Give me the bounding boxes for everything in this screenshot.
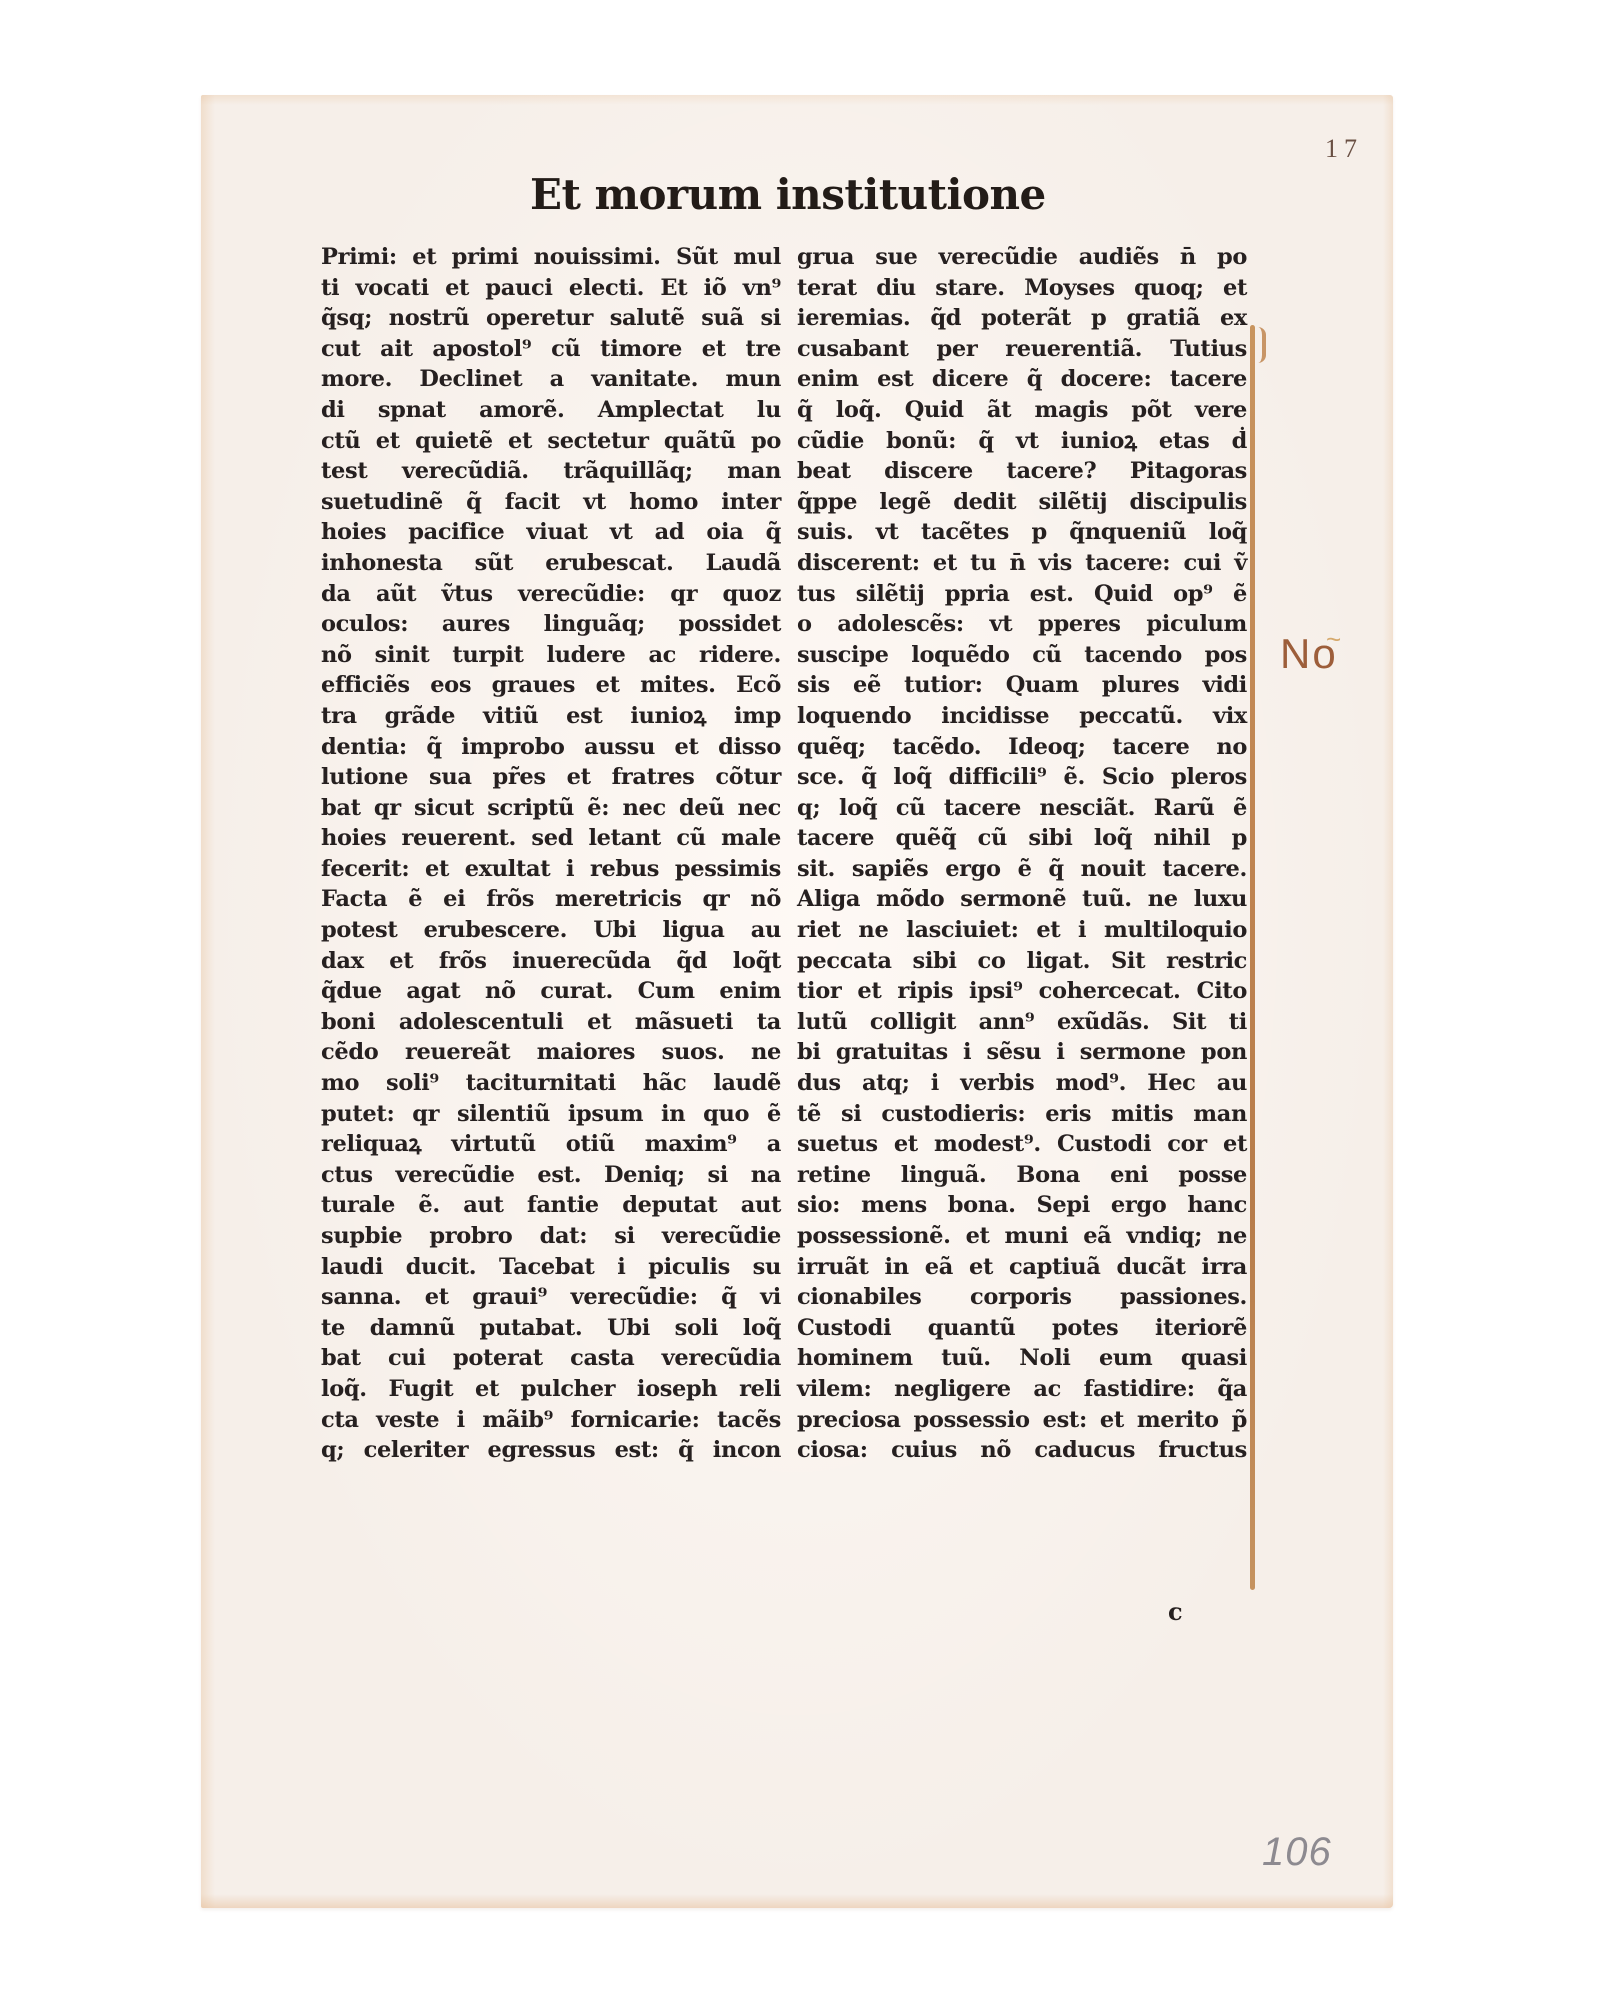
text-line: da aũt ṽtus verecũdie: qr quoz [321, 579, 781, 610]
pencil-folio-number: 106 [1262, 1830, 1332, 1875]
text-line: cta veste i mãib⁹ fornicarie: tacẽs [321, 1405, 781, 1436]
text-line: ciosa: cuius nõ caducus fructus [797, 1435, 1247, 1466]
text-line: tra grãde vitiũ est iunioꝝ imp [321, 701, 781, 732]
text-line: beat discere tacere? Pitagoras [797, 456, 1247, 487]
text-line: ieremias. q̃d poterãt p gratiã ex [797, 303, 1247, 334]
text-line: dax et frõs inuerecũda q̃d loq̃t [321, 946, 781, 977]
text-line: q̃due agat nõ curat. Cum enim [321, 976, 781, 1007]
text-line: possessionẽ. et muni eã vndiq; ne [797, 1221, 1247, 1252]
text-line: q; loq̃ cũ tacere nesciãt. Rarũ ẽ [797, 793, 1247, 824]
text-line: quẽq; tacẽdo. Ideoq; tacere no [797, 732, 1247, 763]
abbreviation-mark: ~ [1326, 624, 1343, 655]
text-line: dentia: q̃ improbo aussu et disso [321, 732, 781, 763]
text-line: q; celeriter egressus est: q̃ incon [321, 1435, 781, 1466]
text-line: tẽ si custodieris: eris mitis man [797, 1099, 1247, 1130]
ink-folio-number: 17 [1325, 134, 1363, 164]
text-line: potest erubescere. Ubi ligua au [321, 915, 781, 946]
text-line: grua sue verecũdie audiẽs n̄ po [797, 242, 1247, 273]
text-line: loquendo incidisse peccatũ. vix [797, 701, 1247, 732]
text-line: q̃ loq̃. Quid ãt magis põt vere [797, 395, 1247, 426]
text-line: inhonesta sũt erubescat. Laudã [321, 548, 781, 579]
text-line: laudi ducit. Tacebat i piculis su [321, 1252, 781, 1283]
text-column-left: Primi: et primi nouissimi. Sũt mul ti vo… [321, 242, 781, 1466]
text-line: Custodi quantũ potes iteriorẽ [797, 1313, 1247, 1344]
text-line: Facta ẽ ei frõs meretricis qr nõ [321, 884, 781, 915]
text-line: te damnũ putabat. Ubi soli loq̃ [321, 1313, 781, 1344]
text-line: cũdie bonũ: q̃ vt iunioꝝ etas ḋ [797, 426, 1247, 457]
text-line: sit. sapiẽs ergo ẽ q̃ nouit tacere. [797, 854, 1247, 885]
text-line: discerent: et tu n̄ vis tacere: cui ṽ [797, 548, 1247, 579]
text-line: sce. q̃ loq̃ difficili⁹ ẽ. Scio pleros [797, 762, 1247, 793]
text-line: oculos: aures linguãq; possidet [321, 609, 781, 640]
text-line: suscipe loquẽdo cũ tacendo pos [797, 640, 1247, 671]
text-line: efficiẽs eos graues et mites. Ecõ [321, 670, 781, 701]
text-line: irruãt in eã et captiuã ducãt irra [797, 1252, 1247, 1283]
text-line: sio: mens bona. Sepi ergo hanc [797, 1190, 1247, 1221]
text-line: nõ sinit turpit ludere ac ridere. [321, 640, 781, 671]
text-line: bat qr sicut scriptũ ẽ: nec deũ nec [321, 793, 781, 824]
text-line: dus atq; i verbis mod⁹. Hec au [797, 1068, 1247, 1099]
text-line: retine linguã. Bona eni posse [797, 1160, 1247, 1191]
text-line: preciosa possessio est: et merito p̃ [797, 1405, 1247, 1436]
text-line: supbie probro dat: si verecũdie [321, 1221, 781, 1252]
text-line: terat diu stare. Moyses quoq; et [797, 273, 1247, 304]
running-head: Et morum institutione [530, 170, 1000, 219]
text-line: di spnat amorẽ. Amplectat lu [321, 395, 781, 426]
text-line: bat cui poterat casta verecũdia [321, 1343, 781, 1374]
text-line: Primi: et primi nouissimi. Sũt mul [321, 242, 781, 273]
text-line: hominem tuũ. Noli eum quasi [797, 1343, 1247, 1374]
text-column-right: grua sue verecũdie audiẽs n̄ po terat di… [797, 242, 1247, 1466]
text-line: reliquaꝝ virtutũ otiũ maxim⁹ a [321, 1129, 781, 1160]
text-line: suetudinẽ q̃ facit vt homo inter [321, 487, 781, 518]
text-line: vilem: negligere ac fastidire: q̃a [797, 1374, 1247, 1405]
text-line: tior et ripis ipsi⁹ cohercecat. Cito [797, 976, 1247, 1007]
text-line: cut ait apostol⁹ cũ timore et tre [321, 334, 781, 365]
text-line: peccata sibi co ligat. Sit restric [797, 946, 1247, 977]
text-line: enim est dicere q̃ docere: tacere [797, 364, 1247, 395]
text-line: o adolescẽs: vt pperes piculum [797, 609, 1247, 640]
text-line: tacere quẽq̃ cũ sibi loq̃ nihil p [797, 823, 1247, 854]
text-line: fecerit: et exultat i rebus pessimis [321, 854, 781, 885]
text-line: boni adolescentuli et mãsueti ta [321, 1007, 781, 1038]
text-line: suis. vt tacẽtes p q̃nqueniũ loq̃ [797, 517, 1247, 548]
text-line: ti vocati et pauci electi. Et iõ vn⁹ [321, 273, 781, 304]
text-line: cusabant per reuerentiã. Tutius [797, 334, 1247, 365]
text-line: tus silẽtij ppria est. Quid op⁹ ẽ [797, 579, 1247, 610]
scan-background: 17 Et morum institutione Primi: et primi… [0, 0, 1600, 2000]
text-line: mo soli⁹ taciturnitati hãc laudẽ [321, 1068, 781, 1099]
text-line: hoies pacifice viuat vt ad oia q̃ [321, 517, 781, 548]
text-line: Aliga mõdo sermonẽ tuũ. ne luxu [797, 884, 1247, 915]
text-line: ctus verecũdie est. Deniq; si na [321, 1160, 781, 1191]
text-line: loq̃. Fugit et pulcher ioseph reli [321, 1374, 781, 1405]
text-line: q̃ppe legẽ dedit silẽtij discipulis [797, 487, 1247, 518]
marginal-bracket-line [1250, 325, 1255, 1590]
text-line: hoies reuerent. sed letant cũ male [321, 823, 781, 854]
text-line: ctũ et quietẽ et sectetur quãtũ po [321, 426, 781, 457]
text-line: cionabiles corporis passiones. [797, 1282, 1247, 1313]
text-line: putet: qr silentiũ ipsum in quo ẽ [321, 1099, 781, 1130]
text-line: turale ẽ. aut fantie deputat aut [321, 1190, 781, 1221]
text-line: riet ne lasciuiet: et i multiloquio [797, 915, 1247, 946]
text-line: more. Declinet a vanitate. mun [321, 364, 781, 395]
text-line: lutũ colligit ann⁹ exũdãs. Sit ti [797, 1007, 1247, 1038]
signature-mark: c [1168, 1597, 1183, 1626]
text-line: q̃sq; nostrũ operetur salutẽ suã si [321, 303, 781, 334]
text-line: suetus et modest⁹. Custodi cor et [797, 1129, 1247, 1160]
text-line: cẽdo reuereãt maiores suos. ne [321, 1037, 781, 1068]
text-line: test verecũdiã. trãquillãq; man [321, 456, 781, 487]
text-line: sis eẽ tutior: Quam plures vidi [797, 670, 1247, 701]
text-line: sanna. et graui⁹ verecũdie: q̃ vi [321, 1282, 781, 1313]
marginal-bracket-hook [1252, 327, 1266, 363]
text-line: lutione sua pr̃es et fratres cõtur [321, 762, 781, 793]
text-line: bi gratuitas i sẽsu i sermone pon [797, 1037, 1247, 1068]
marginal-note-nota: No ~ [1280, 630, 1338, 678]
